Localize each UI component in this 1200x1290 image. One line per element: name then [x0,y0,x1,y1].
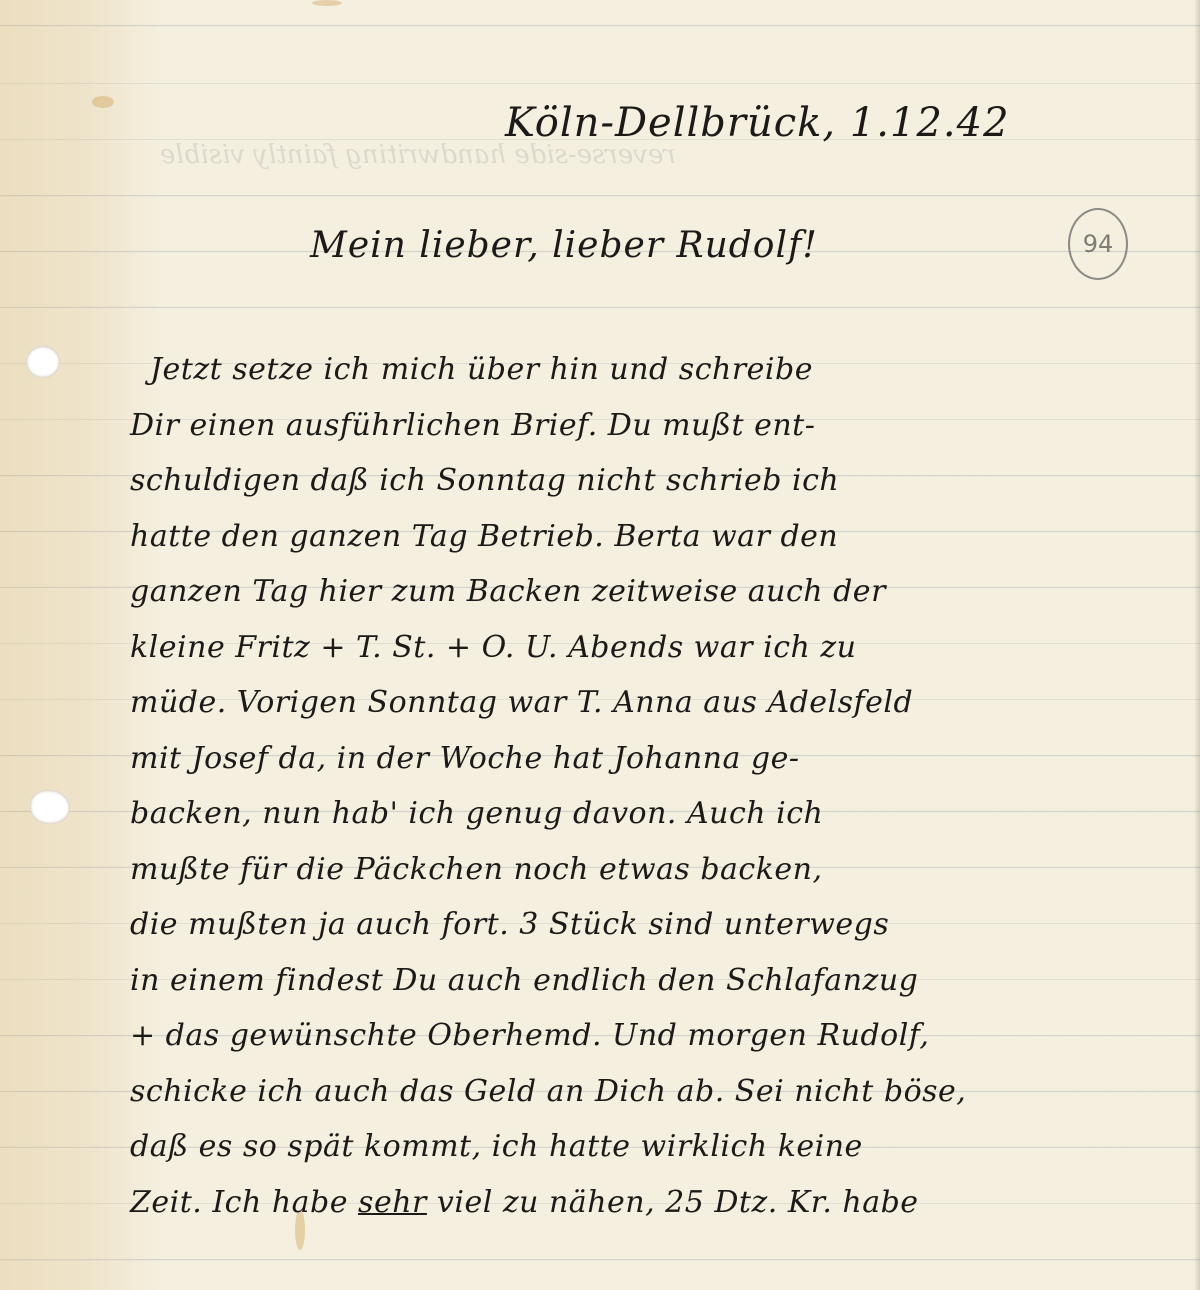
body-line: + das gewünschte Oberhemd. Und morgen Ru… [130,1012,1190,1068]
body-line-last: Zeit. Ich habe sehr viel zu nähen, 25 Dt… [130,1179,1190,1235]
body-line: schuldigen daß ich Sonntag nicht schrieb… [130,457,1190,513]
body-line: müde. Vorigen Sonntag war T. Anna aus Ad… [130,679,1190,735]
body-line: schicke ich auch das Geld an Dich ab. Se… [130,1068,1190,1124]
salutation: Mein lieber, lieber Rudolf! [310,225,818,266]
body-line: in einem findest Du auch endlich den Sch… [130,957,1190,1013]
body-line: Jetzt setze ich mich über hin und schrei… [130,346,1190,402]
body-line: mußte für die Päckchen noch etwas backen… [130,846,1190,902]
letter-body: Jetzt setze ich mich über hin und schrei… [130,346,1190,1234]
page-number-text: 94 [1083,230,1114,258]
body-line: daß es so spät kommt, ich hatte wirklich… [130,1123,1190,1179]
body-line: mit Josef da, in der Woche hat Johanna g… [130,735,1190,791]
punch-hole-torn [30,790,70,824]
body-line: kleine Fritz + T. St. + O. U. Abends war… [130,624,1190,680]
body-line: backen, nun hab' ich genug davon. Auch i… [130,790,1190,846]
punch-hole [26,346,60,378]
place-date: Köln-Dellbrück, 1.12.42 [505,100,1010,146]
body-line: hatte den ganzen Tag Betrieb. Berta war … [130,513,1190,569]
letter-page: reverse-side handwriting faintly visible… [0,0,1200,1290]
underlined-word: sehr [358,1185,427,1220]
paper-stain [92,96,114,108]
paper-stain [312,0,342,6]
body-line: ganzen Tag hier zum Backen zeitweise auc… [130,568,1190,624]
body-line: die mußten ja auch fort. 3 Stück sind un… [130,901,1190,957]
body-line: Dir einen ausführlichen Brief. Du mußt e… [130,402,1190,458]
archive-page-number: 94 [1068,208,1128,280]
